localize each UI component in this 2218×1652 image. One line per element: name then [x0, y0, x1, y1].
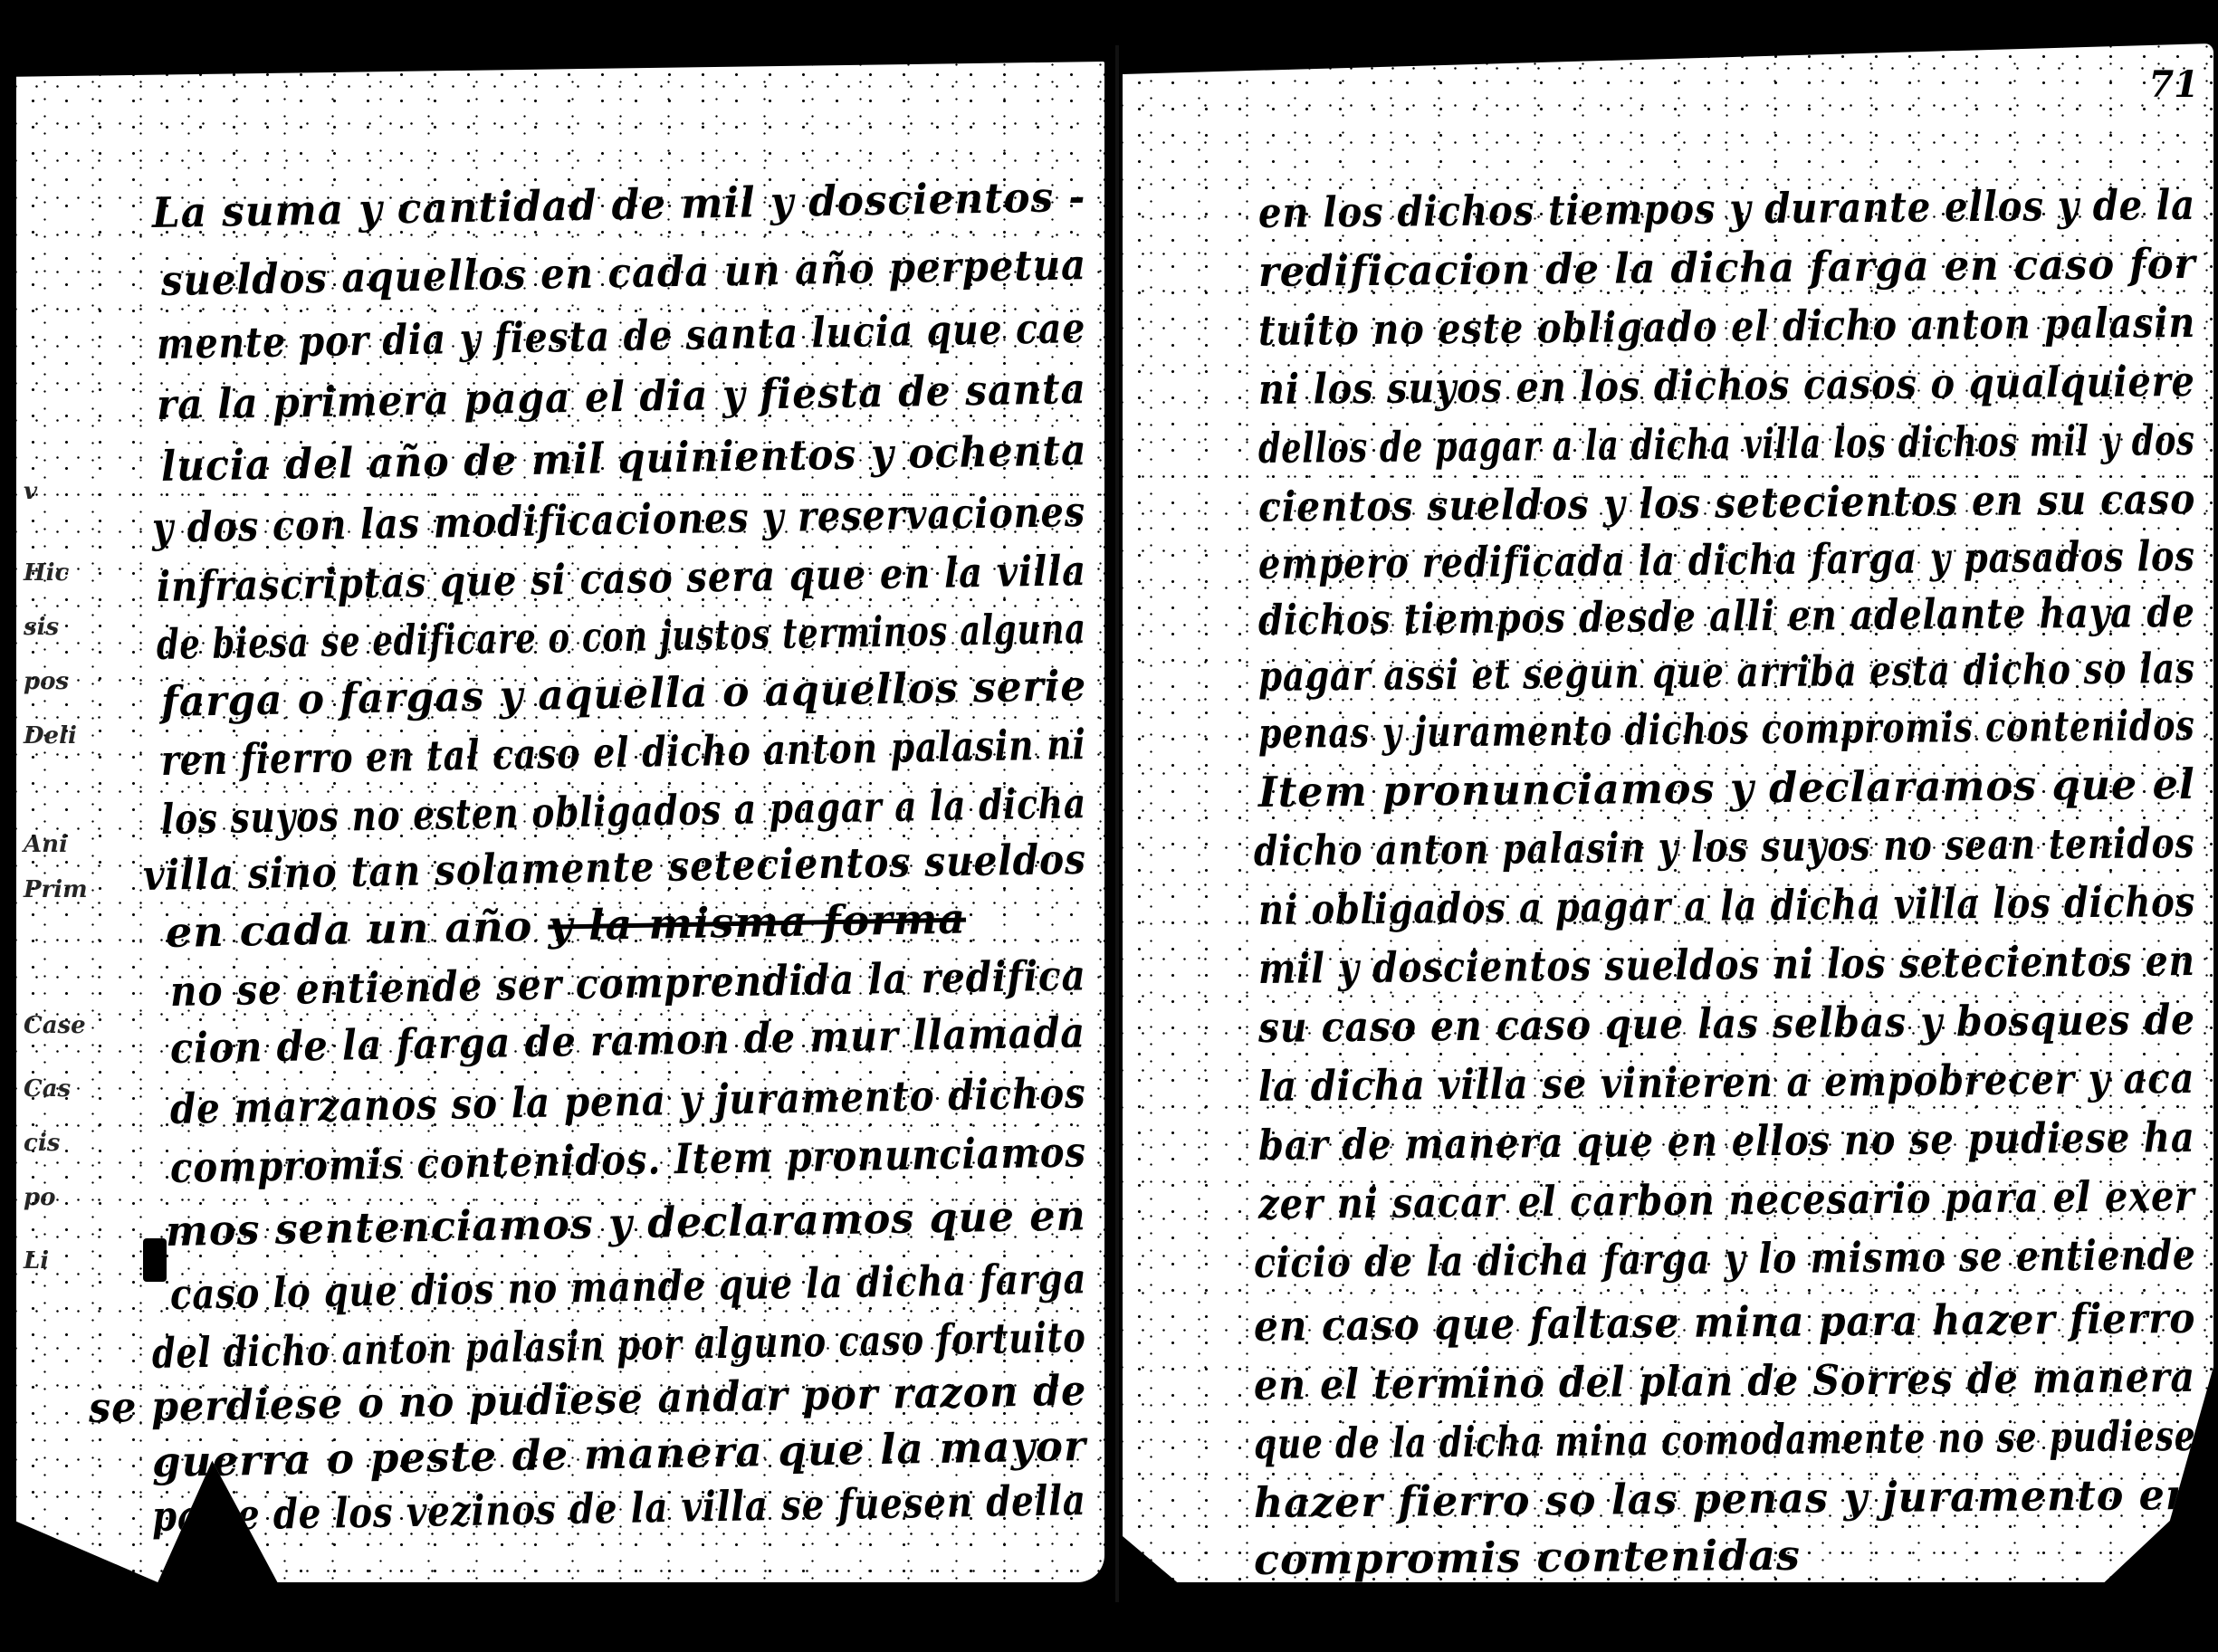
right-page: 71 en los dichos tiempos y durante ellos… — [1123, 43, 2213, 1582]
text-line: parte de los vezinos de la villa se fues… — [152, 1475, 1087, 1541]
text-line: guerra o peste de manera que la mayor — [152, 1421, 1087, 1486]
text-line: ra la primera paga el dia y fiesta de sa… — [157, 364, 1087, 429]
text-line: de marzanos so la pena y juramento dicho… — [170, 1068, 1086, 1133]
text-line: cion de la farga de ramon de mur llamada — [170, 1007, 1086, 1073]
text-line: bar de manera que en ellos no se pudiese… — [1258, 1112, 2195, 1170]
text-line: en caso que faltase mina para hazer fier… — [1254, 1294, 2196, 1351]
text-line: en los dichos tiempos y durante ellos y … — [1258, 180, 2195, 237]
text-line: tuito no este obligado el dicho anton pa… — [1258, 298, 2196, 355]
gutter-fold-line — [1115, 45, 1119, 1602]
margin-note: Cas — [24, 1075, 71, 1103]
text-line: compromis contenidas — [1254, 1531, 1801, 1582]
struck-text: y la misma forma — [548, 894, 967, 950]
text-line: la dicha villa se vinieren a empobrecer … — [1258, 1054, 2195, 1111]
manuscript-spread: v Hic sis pos Deli Ani Prim Case Cas cis… — [0, 0, 2218, 1652]
margin-note: Deli — [24, 722, 77, 750]
text-line: lucia del año de mil quinientos y ochent… — [161, 425, 1087, 491]
text-line: Item pronunciamos y declaramos que el — [1258, 759, 2195, 816]
text-line: empero redificada la dicha farga y pasad… — [1258, 531, 2195, 588]
text-line: La suma y cantidad de mil y doscientos - — [152, 172, 1086, 237]
text-line: zer ni sacar el carbon necesario para el… — [1258, 1171, 2195, 1228]
text-line: hazer fierro so las penas y juramento en — [1254, 1470, 2196, 1527]
text-line: ni los suyos en los dichos casos o qualq… — [1258, 357, 2195, 414]
text-line: no se entiende ser comprendida la redifi… — [170, 950, 1087, 1016]
text-line: penas y juramento dichos compromis conte… — [1258, 701, 2195, 758]
text-line: cientos sueldos y los setecientos en su … — [1258, 474, 2196, 531]
margin-note: Case — [24, 1012, 86, 1039]
book-gutter — [1104, 0, 1123, 1652]
text-line: farga o fargas y aquella o aquellos seri… — [161, 661, 1087, 726]
text-line: ni obligados a pagar a la dicha villa lo… — [1258, 877, 2196, 934]
text-line: mil y doscientos sueldos ni los setecien… — [1258, 936, 2195, 993]
text-line: en cada un año y la misma forma — [166, 894, 967, 957]
text-line: sueldos aquellos en cada un año perpetua — [161, 240, 1087, 305]
text-line: mos sentenciamos y declaramos que en — [166, 1190, 1087, 1256]
margin-note: cis — [24, 1130, 60, 1157]
left-page: v Hic sis pos Deli Ani Prim Case Cas cis… — [16, 62, 1104, 1582]
ink-blot — [143, 1238, 167, 1282]
margin-note: po — [24, 1184, 56, 1211]
text-line: mente por dia y fiesta de santa lucia qu… — [157, 303, 1086, 368]
text-line: dicho anton palasin y los suyos no sean … — [1254, 818, 2195, 875]
text-line: dellos de pagar a la dicha villa los dic… — [1258, 415, 2195, 473]
text-line: redificacion de la dicha farga en caso f… — [1258, 239, 2196, 296]
text-line: y dos con las modificaciones y reservaci… — [152, 487, 1086, 552]
margin-note: Prim — [24, 876, 88, 903]
text-line: ren fierro en tal caso el dicho anton pa… — [161, 720, 1087, 785]
margin-note: sis — [24, 614, 59, 641]
text-line: que de la dicha mina comodamente no se p… — [1254, 1411, 2196, 1468]
margin-note: pos — [24, 668, 69, 695]
margin-note: Hic — [24, 559, 69, 587]
text-line: de biesa se edificare o con justos termi… — [157, 604, 1087, 669]
text-line: dichos tiempos desde alli en adelante ha… — [1258, 587, 2195, 645]
text-line: su caso en caso que las selbas y bosques… — [1258, 995, 2195, 1052]
text-line: pagar assi et segun que arriba esta dich… — [1258, 644, 2195, 701]
text-line: villa sino tan solamente setecientos sue… — [143, 835, 1087, 900]
text-line: caso lo que dios no mande que la dicha f… — [170, 1254, 1087, 1319]
folio-number: 71 — [2148, 63, 2199, 106]
text-line: infrascriptas que si caso sera que en la… — [157, 546, 1087, 611]
text-line: en el termino del plan de Sorres de mane… — [1254, 1352, 2195, 1409]
text-fragment: en cada un año — [166, 902, 533, 957]
margin-note: Li — [24, 1247, 49, 1275]
margin-note: v — [24, 478, 37, 505]
margin-note: Ani — [24, 831, 68, 858]
text-line: compromis contenidos. Item pronunciamos — [170, 1127, 1087, 1192]
text-line: los suyos no esten obligados a pagar a l… — [161, 778, 1087, 844]
text-line: cicio de la dicha farga y lo mismo se en… — [1254, 1230, 2196, 1287]
